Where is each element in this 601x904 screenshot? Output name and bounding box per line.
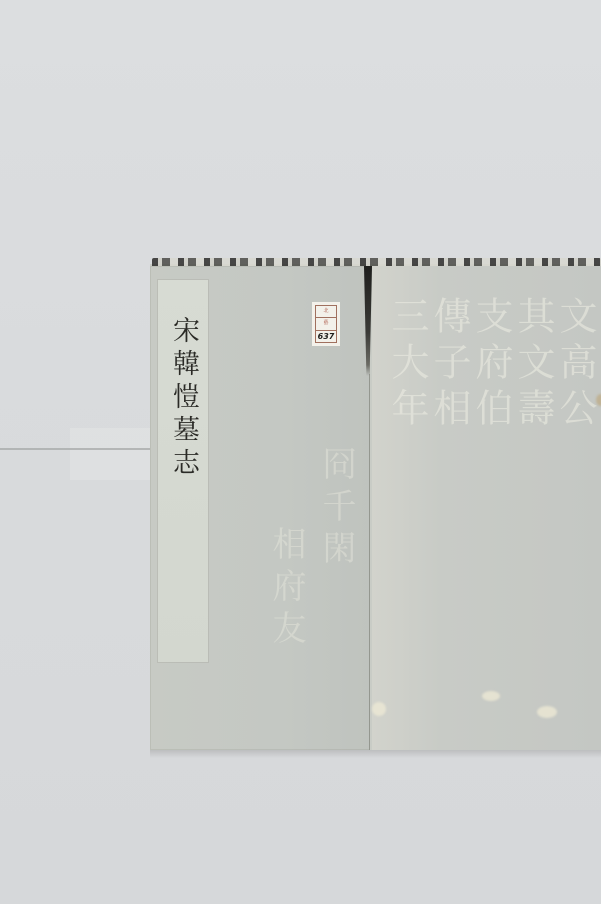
rubbing-text-right: 文高公 其文壽 支府伯 傳子相 三大年 (372, 296, 601, 736)
catalog-number: 637 (316, 331, 336, 342)
title-slip: 宋韓愷墓志 (158, 280, 208, 662)
backdrop-panel (70, 428, 150, 480)
stain-spot (537, 706, 557, 718)
catalog-label-row2: 藝 (316, 318, 336, 330)
stain-spot (372, 702, 386, 716)
rubbing-album: 文高公 其文壽 支府伯 傳子相 三大年 冏千閑 相府友 宋韓愷墓志 北 (150, 264, 601, 750)
rubbing-column: 文高公 (555, 296, 595, 736)
left-cover: 冏千閑 相府友 宋韓愷墓志 北 藝 637 (150, 266, 370, 750)
stain-spot (482, 691, 500, 701)
catalog-label: 北 藝 637 (312, 302, 340, 346)
photo-scene: 文高公 其文壽 支府伯 傳子相 三大年 冏千閑 相府友 宋韓愷墓志 北 (0, 0, 601, 904)
rubbing-column: 支府伯 (471, 296, 511, 736)
rubbing-column: 冏千閑 (318, 446, 354, 572)
stain-spot (596, 394, 601, 406)
album-title: 宋韓愷墓志 (170, 316, 196, 481)
rubbing-column: 傳子相 (429, 296, 469, 736)
album-top-edge (152, 258, 601, 266)
album-shadow (150, 750, 601, 758)
rubbing-text-left: 冏千閑 相府友 (214, 306, 364, 736)
backdrop-seam-line (0, 448, 150, 450)
catalog-label-row1: 北 (316, 306, 336, 318)
right-page: 文高公 其文壽 支府伯 傳子相 三大年 (372, 266, 601, 750)
rubbing-column: 其文壽 (513, 296, 553, 736)
rubbing-column: 相府友 (268, 526, 304, 652)
page-fold-line (369, 374, 370, 750)
rubbing-column: 三大年 (387, 296, 427, 736)
